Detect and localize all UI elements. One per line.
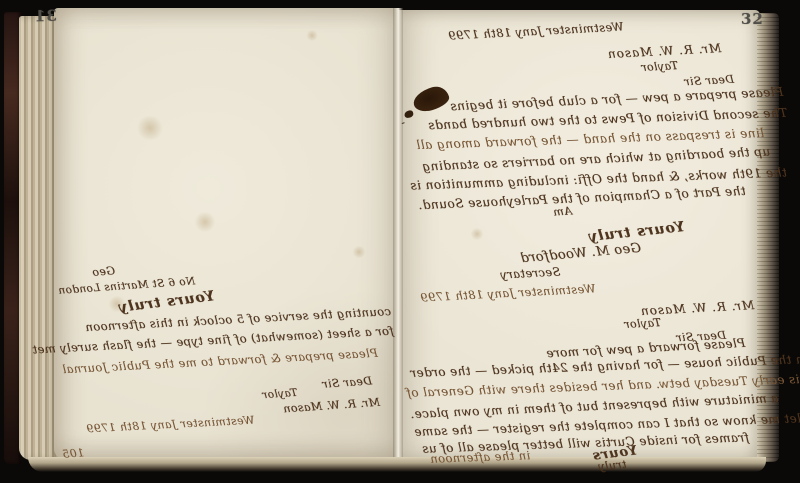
gutter-fold	[393, 8, 403, 462]
left-page	[54, 8, 398, 460]
salutation: Dear Sir	[684, 73, 735, 89]
foxing-spot	[194, 212, 216, 232]
foxing-spot	[136, 116, 164, 140]
page-number-left: 31	[34, 7, 57, 26]
letterbook-photo: 31 32 Westminster Jany 18th 1799 Mr. R. …	[0, 0, 800, 483]
foxing-spot	[352, 246, 366, 258]
addressee-line: Taylor	[641, 59, 679, 74]
page-edges-left	[19, 16, 58, 460]
closing: truly	[597, 458, 627, 473]
note-line: Geo	[91, 264, 115, 279]
bottom-page-edges	[28, 457, 766, 472]
addressee-line: Taylor	[262, 387, 298, 401]
bottom-mark: 105	[62, 446, 85, 461]
foxing-spot	[306, 30, 318, 41]
addressee-line: Taylor	[624, 316, 662, 331]
page-number-right: 32	[741, 10, 764, 28]
foxing-spot	[470, 228, 484, 240]
pre-closing: Am	[553, 204, 573, 218]
